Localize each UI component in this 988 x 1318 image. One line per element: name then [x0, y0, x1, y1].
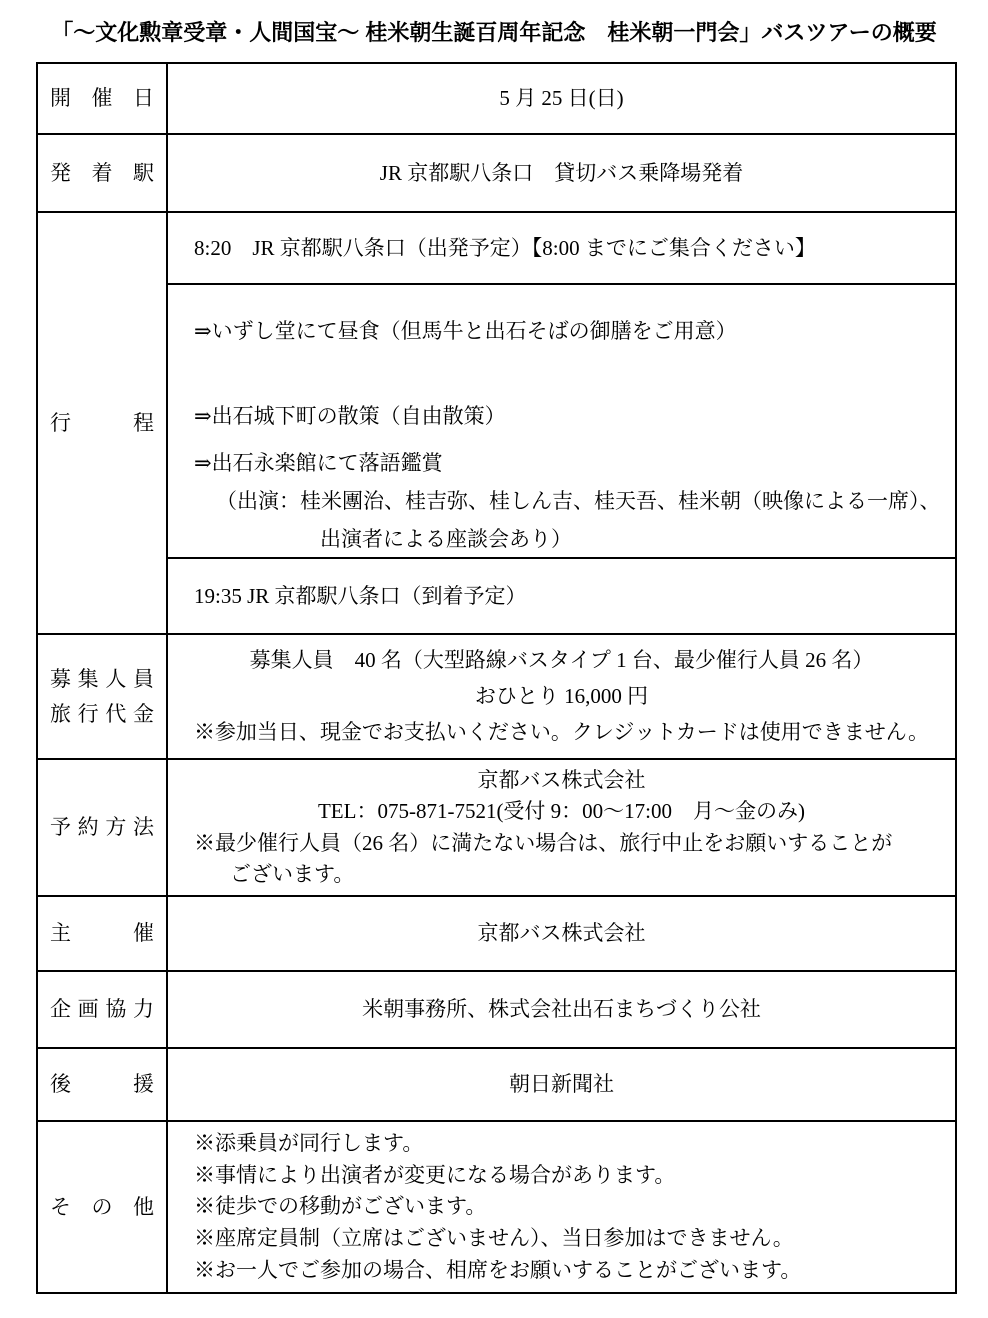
fee-line: おひとり 16,000 円 — [168, 686, 955, 707]
itinerary-arrival: 19:35 JR 京都駅八条口（到着予定） — [168, 559, 955, 633]
reservation-value-cell: 京都バス株式会社 TEL：075-871-7521(受付 9：00～17:00 … — [168, 760, 955, 895]
capacity-line: 募集人員 40 名（大型路線バスタイプ 1 台、最少催行人員 26 名） — [168, 650, 955, 671]
organizer-value-cell: 京都バス株式会社 — [168, 897, 955, 970]
row-support: 後援 朝日新聞社 — [38, 1049, 955, 1122]
organizer-label: 主催 — [50, 923, 154, 944]
row-itinerary: 行程 8:20 JR 京都駅八条口（出発予定）【8:00 までにご集合ください】… — [38, 213, 955, 635]
other-note: ※添乗員が同行します。 — [168, 1133, 955, 1154]
row-reservation: 予約方法 京都バス株式会社 TEL：075-871-7521(受付 9：00～1… — [38, 760, 955, 897]
station-value-cell: JR 京都駅八条口 貸切バス乗降場発着 — [168, 135, 955, 211]
planning-value: 米朝事務所、株式会社出石まちづくり公社 — [168, 972, 955, 1047]
reservation-company: 京都バス株式会社 — [168, 770, 955, 791]
event-date-label: 開催日 — [50, 88, 154, 109]
itinerary-label-cell: 行程 — [38, 213, 168, 633]
capacity-fee-label-cell: 募集人員 旅行代金 — [38, 635, 168, 758]
itinerary-stops: ⇒いずし堂にて昼食（但馬牛と出石そばの御膳をご用意） ⇒出石城下町の散策（自由散… — [168, 285, 955, 559]
support-label: 後援 — [50, 1074, 154, 1095]
station-label-cell: 発着駅 — [38, 135, 168, 211]
station-value: JR 京都駅八条口 貸切バス乗降場発着 — [168, 135, 955, 211]
planning-label: 企画協力 — [50, 999, 154, 1020]
reservation-note-line1: ※最少催行人員（26 名）に満たない場合は、旅行中止をお願いすることが — [168, 833, 955, 854]
row-station: 発着駅 JR 京都駅八条口 貸切バス乗降場発着 — [38, 135, 955, 213]
reservation-label: 予約方法 — [50, 817, 154, 838]
itinerary-label: 行程 — [50, 413, 154, 434]
itinerary-rakugo: ⇒出石永楽館にて落語鑑賞 — [194, 453, 955, 474]
capacity-fee-label-line2: 旅行代金 — [50, 704, 154, 725]
event-date-label-cell: 開催日 — [38, 64, 168, 133]
tour-overview-table: 開催日 5 月 25 日(日) 発着駅 JR 京都駅八条口 貸切バス乗降場発着 … — [36, 62, 957, 1294]
row-event-date: 開催日 5 月 25 日(日) — [38, 64, 955, 135]
reservation-note-line2: ございます。 — [168, 864, 955, 885]
itinerary-departure: 8:20 JR 京都駅八条口（出発予定）【8:00 までにご集合ください】 — [168, 213, 955, 285]
support-label-cell: 後援 — [38, 1049, 168, 1120]
event-date-value: 5 月 25 日(日) — [168, 64, 955, 133]
itinerary-value-cell: 8:20 JR 京都駅八条口（出発予定）【8:00 までにご集合ください】 ⇒い… — [168, 213, 955, 633]
row-planning: 企画協力 米朝事務所、株式会社出石まちづくり公社 — [38, 972, 955, 1049]
capacity-fee-value-cell: 募集人員 40 名（大型路線バスタイプ 1 台、最少催行人員 26 名） おひと… — [168, 635, 955, 758]
other-note: ※事情により出演者が変更になる場合があります。 — [168, 1165, 955, 1186]
organizer-value: 京都バス株式会社 — [168, 897, 955, 970]
itinerary-cast-line1: （出演：桂米團治、桂吉弥、桂しん吉、桂天吾、桂米朝（映像による一席）、 — [216, 491, 955, 512]
planning-label-cell: 企画協力 — [38, 972, 168, 1047]
page-title: 「～文化勲章受章・人間国宝～ 桂米朝生誕百周年記念 桂米朝一門会」バスツアーの概… — [0, 0, 988, 62]
event-date-value-cell: 5 月 25 日(日) — [168, 64, 955, 133]
other-note: ※お一人でご参加の場合、相席をお願いすることがございます。 — [168, 1260, 955, 1281]
reservation-tel: TEL：075-871-7521(受付 9：00～17:00 月～金のみ) — [168, 801, 955, 822]
reservation-label-cell: 予約方法 — [38, 760, 168, 895]
capacity-fee-label-line1: 募集人員 — [50, 669, 154, 690]
payment-note: ※参加当日、現金でお支払いください。クレジットカードは使用できません。 — [168, 722, 955, 743]
station-label: 発着駅 — [50, 163, 154, 184]
row-other: その他 ※添乗員が同行します。 ※事情により出演者が変更になる場合があります。 … — [38, 1122, 955, 1292]
itinerary-stroll: ⇒出石城下町の散策（自由散策） — [194, 406, 955, 427]
other-label: その他 — [50, 1197, 154, 1218]
planning-value-cell: 米朝事務所、株式会社出石まちづくり公社 — [168, 972, 955, 1047]
row-capacity-fee: 募集人員 旅行代金 募集人員 40 名（大型路線バスタイプ 1 台、最少催行人員… — [38, 635, 955, 760]
support-value: 朝日新聞社 — [168, 1049, 955, 1120]
row-organizer: 主催 京都バス株式会社 — [38, 897, 955, 972]
other-note: ※座席定員制（立席はございません）、当日参加はできません。 — [168, 1228, 955, 1249]
itinerary-lunch: ⇒いずし堂にて昼食（但馬牛と出石そばの御膳をご用意） — [194, 321, 955, 342]
other-note: ※徒歩での移動がございます。 — [168, 1196, 955, 1217]
other-label-cell: その他 — [38, 1122, 168, 1292]
organizer-label-cell: 主催 — [38, 897, 168, 970]
support-value-cell: 朝日新聞社 — [168, 1049, 955, 1120]
other-value-cell: ※添乗員が同行します。 ※事情により出演者が変更になる場合があります。 ※徒歩で… — [168, 1122, 955, 1292]
itinerary-cast-line2: 出演者による座談会あり） — [320, 529, 955, 550]
